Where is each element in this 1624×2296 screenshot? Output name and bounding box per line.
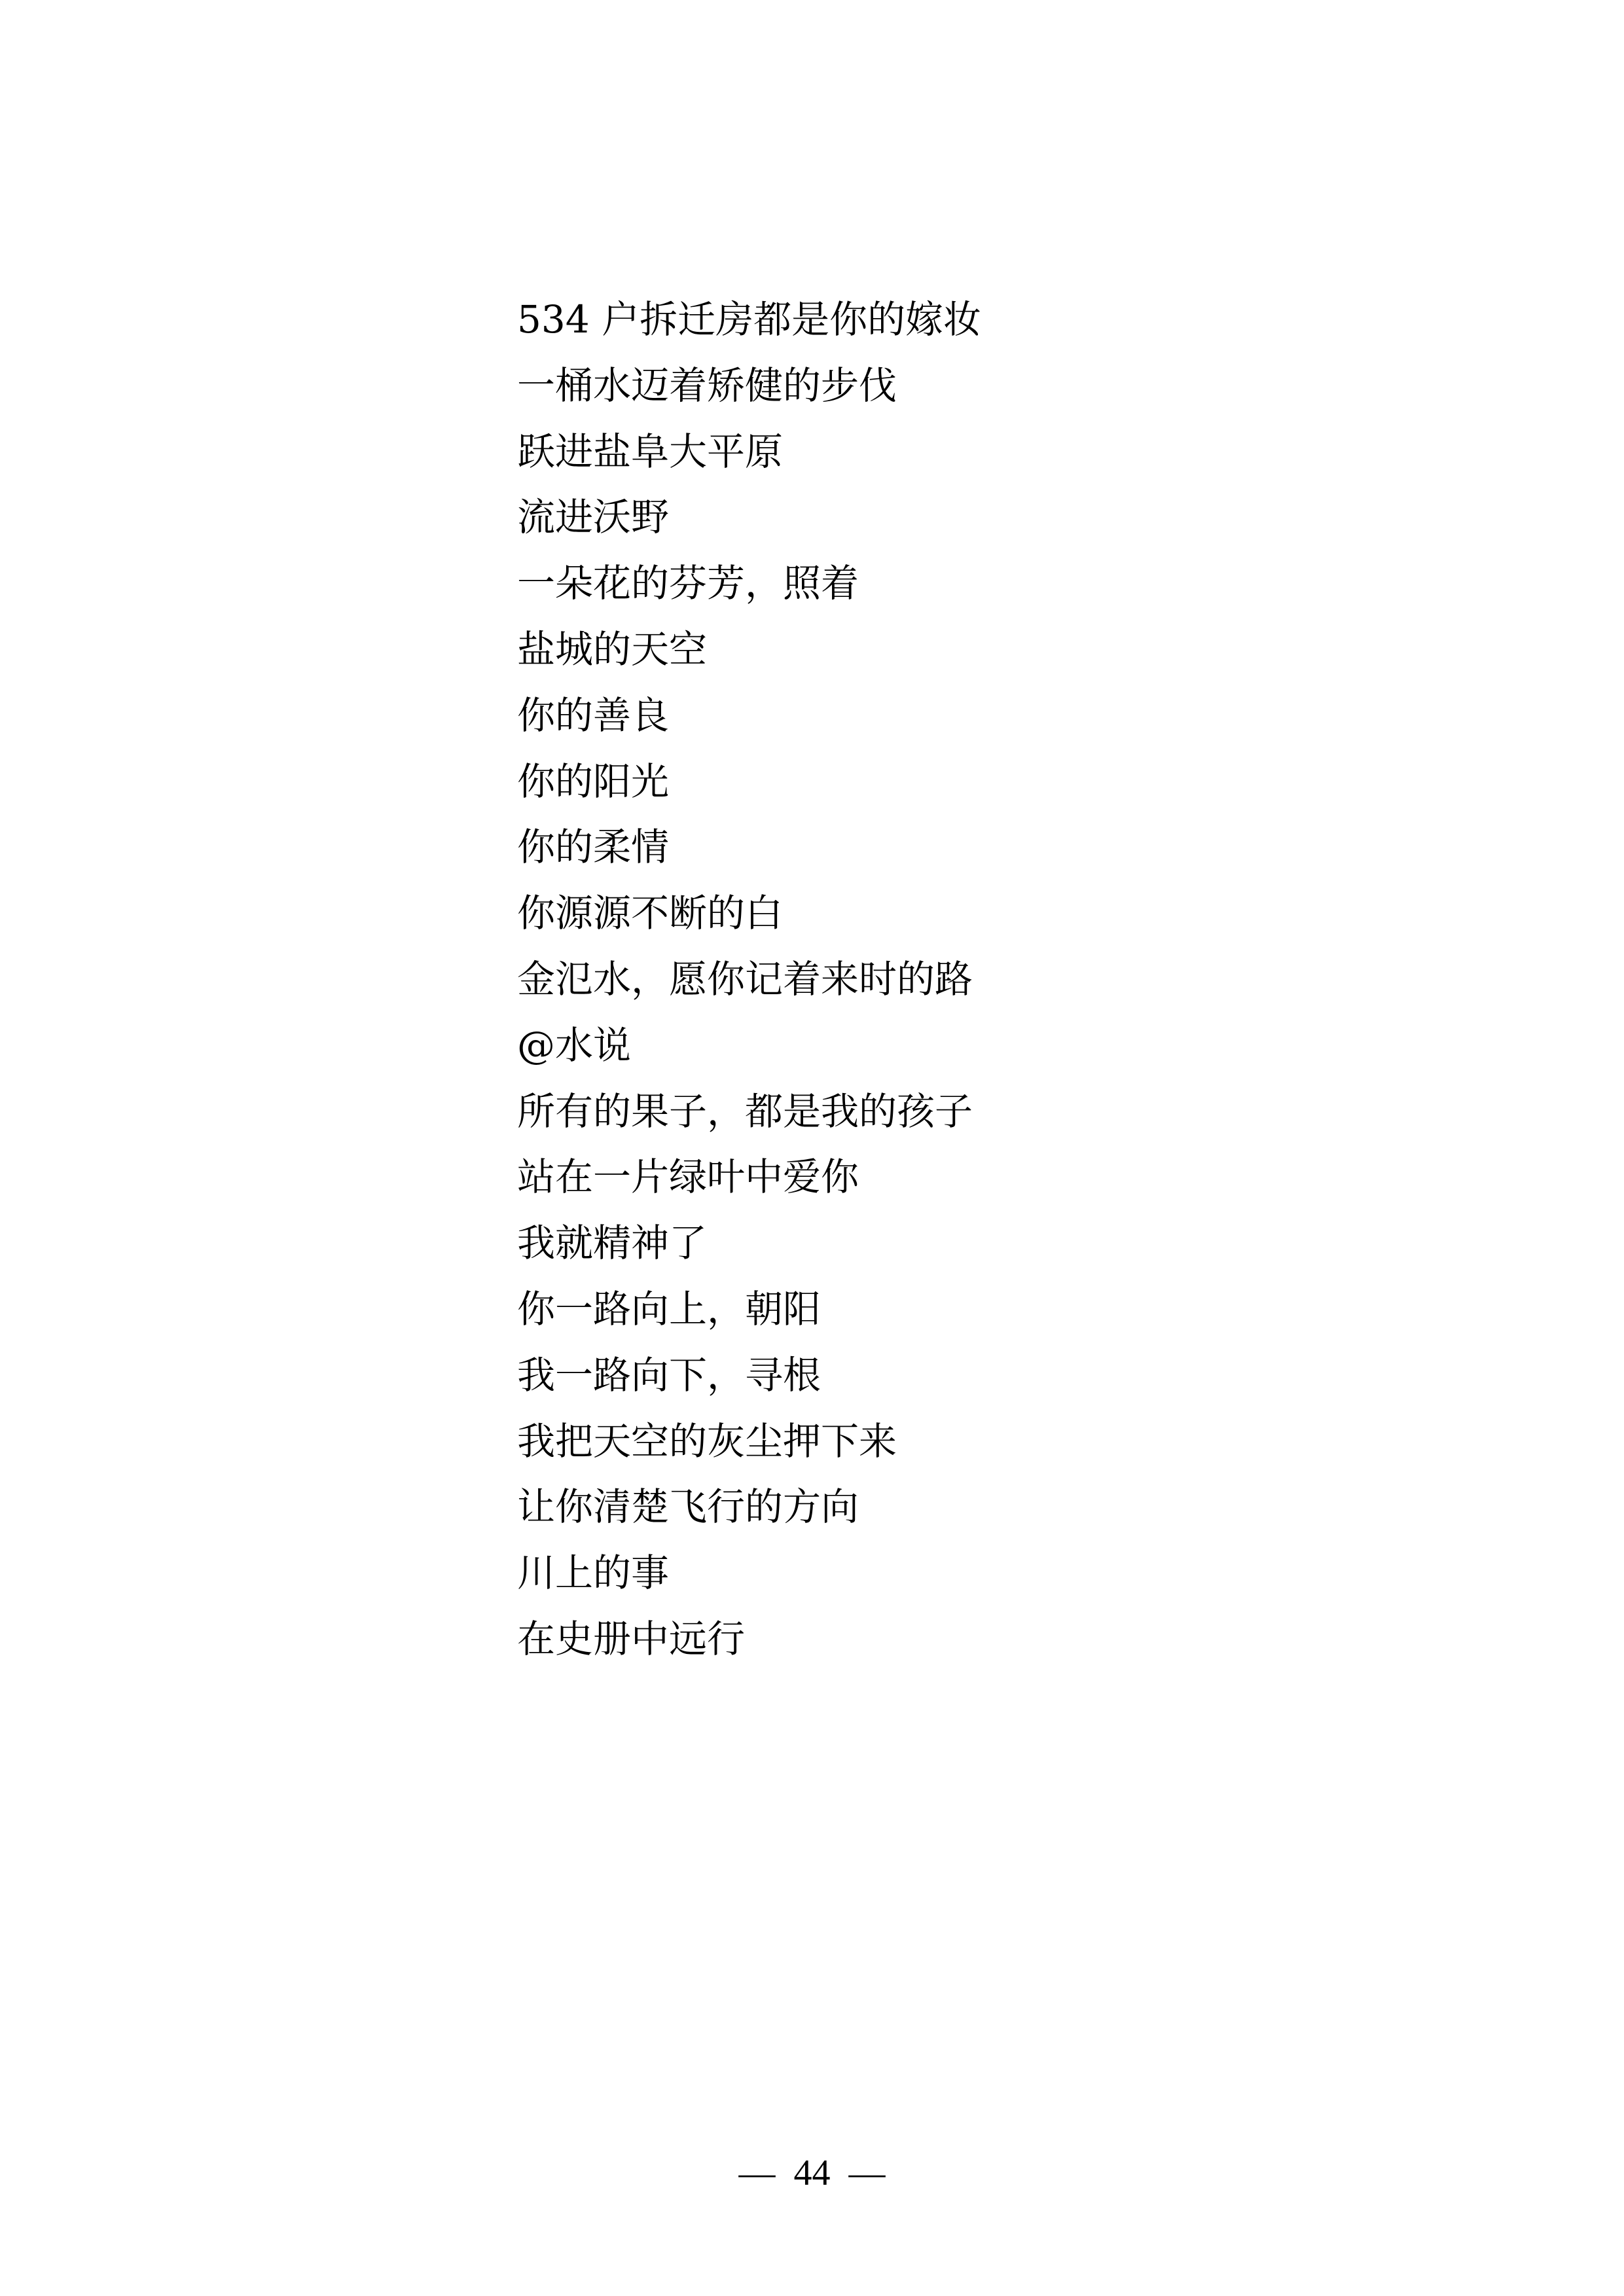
poem-line: 金氾水，愿你记着来时的路 (517, 946, 981, 1013)
poem-line: 我一路向下，寻根 (517, 1342, 981, 1408)
poem-line: 跃进盐阜大平原 (517, 419, 981, 485)
poem-line: 所有的果子，都是我的孩子 (517, 1079, 981, 1145)
poem-line: 盐城的天空 (517, 617, 981, 683)
poem-line: 一桶水迈着矫健的步伐 (517, 353, 981, 419)
poem-line: 你的善良 (517, 683, 981, 749)
poem-line: 让你清楚飞行的方向 (517, 1474, 981, 1540)
poem-line: 你一路向上，朝阳 (517, 1276, 981, 1342)
poem-section-heading: @水说 (517, 1013, 981, 1079)
poem-line: 在史册中远行 (517, 1606, 981, 1672)
poem-body: 534 户拆迁房都是你的嫁妆 一桶水迈着矫健的步伐 跃进盐阜大平原 流进沃野 一… (517, 287, 981, 1672)
poem-line: 你源源不断的白 (517, 880, 981, 946)
poem-line: 你的阳光 (517, 749, 981, 815)
poem-line: 你的柔情 (517, 814, 981, 880)
poem-line: 534 户拆迁房都是你的嫁妆 (517, 287, 981, 353)
poem-line: 我就精神了 (517, 1210, 981, 1276)
poem-line: 一朵花的芬芳，照着 (517, 550, 981, 617)
poem-line: 站在一片绿叶中爱你 (517, 1144, 981, 1210)
poem-line: 我把天空的灰尘押下来 (517, 1408, 981, 1475)
page-number: — 44 — (0, 2150, 1624, 2196)
poem-line: 流进沃野 (517, 484, 981, 550)
poem-line: 川上的事 (517, 1540, 981, 1606)
